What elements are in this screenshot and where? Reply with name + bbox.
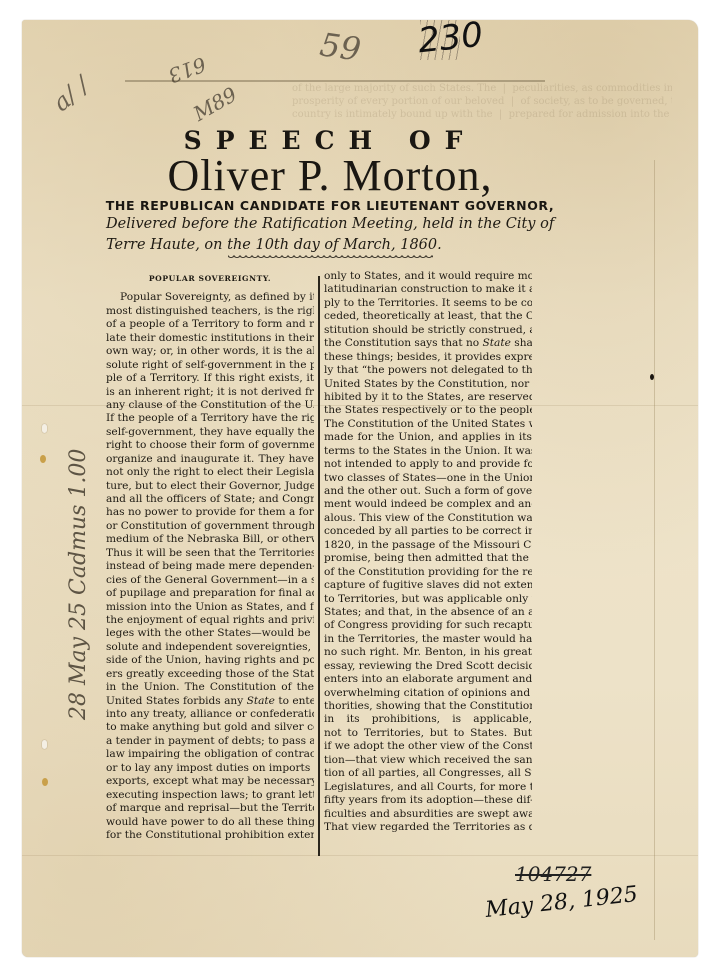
text-line: tion—that view which received the sanc- [324,754,532,767]
text-line: ly that “the powers not delegated to the [324,364,532,377]
accession-number: 104727 [515,862,591,886]
text-line: law impairing the obligation of contract… [106,748,314,761]
text-line: conceded by all parties to be correct in [324,525,532,538]
text-line: if we adopt the other view of the Consti… [324,740,532,753]
text-line: of a people of a Territory to form and r… [106,318,314,331]
stain-spot [42,778,48,786]
text-line: enters into an elaborate argument and [324,673,532,686]
text-line: would have power to do all these things, [106,816,314,829]
text-line: essay, reviewing the Dred Scott decision… [324,660,532,673]
ink-dot [650,374,654,380]
text-line: medium of the Nebraska Bill, or otherwis… [106,533,314,546]
text-line: instead of being made mere dependen- [106,560,314,573]
text-line: of marque and reprisal—but the Territori… [106,802,314,815]
text-line: exports, except what may be necessary fo… [106,775,314,788]
text-line: two classes of States—one in the Union [324,472,532,485]
text-line: solute right of self-government in the p… [106,359,314,372]
text-line: in the Union. The Constitution of the [106,681,314,694]
text-line: a tender in payment of debts; to pass an… [106,735,314,748]
text-line: or Constitution of government through th… [106,520,314,533]
text-line: solute and independent sovereignties, ou… [106,641,314,654]
text-line: overwhelming citation of opinions and au… [324,687,532,700]
right-column-text: only to States, and it would require mos… [324,270,532,834]
text-line: of pupilage and preparation for final ad… [106,587,314,600]
text-line: or to lay any impost duties on imports o… [106,762,314,775]
text-line: ture, but to elect their Governor, Judge… [106,480,314,493]
text-line: the States respectively or to the people… [324,404,532,417]
right-column: only to States, and it would require mos… [324,270,532,834]
text-line: in the Territories, the master would hav… [324,633,532,646]
text-line: late their domestic institutions in thei… [106,332,314,345]
text-line: ply to the Territories. It seems to be c… [324,297,532,310]
text-line: for the Constitutional prohibition exten… [106,829,314,842]
text-line: the Constitution says that no State shal… [324,337,532,350]
text-line: not intended to apply to and provide for [324,458,532,471]
text-line: in its prohibitions, is applicable, [324,713,532,726]
text-line: to Territories, but was applicable only … [324,593,532,606]
text-line: stitution should be strictly construed, … [324,324,532,337]
text-line: not to Territories, but to States. But [324,727,532,740]
text-line: ficulties and absurdities are swept away… [324,808,532,821]
text-line: United States by the Constitution, nor p… [324,378,532,391]
text-line: If the people of a Territory have the ri… [106,412,314,425]
pencil-number: 59 [318,25,364,68]
text-line: Popular Sovereignty, as defined by its [106,291,314,304]
fold-crease-vertical [654,160,655,940]
text-line: latitudinarian construction to make it a… [324,283,532,296]
text-line: and the other out. Such a form of govern… [324,485,532,498]
column-divider [318,276,320,856]
text-line: hibited by it to the States, are reserve… [324,391,532,404]
text-line: ceded, theoretically at least, that the … [324,310,532,323]
text-line: Thus it will be seen that the Territorie… [106,547,314,560]
stain-spot [40,455,46,463]
margin-handwritten-note: 28 May 25 Cadmus 1.00 [66,449,91,720]
text-line: into any treaty, alliance or confederati… [106,708,314,721]
text-line: thorities, showing that the Constitution… [324,700,532,713]
text-line: tion of all parties, all Congresses, all… [324,767,532,780]
text-line: Legislatures, and all Courts, for more t… [324,781,532,794]
text-line: the enjoyment of equal rights and privi- [106,614,314,627]
text-line: capture of fugitive slaves did not exten… [324,579,532,592]
text-line: right to choose their form of government… [106,439,314,452]
text-line: is an inherent right; it is not derived … [106,386,314,399]
text-line: side of the Union, having rights and pow… [106,654,314,667]
text-line: organize and inaugurate it. They have [106,453,314,466]
text-line: to make anything but gold and silver coi… [106,721,314,734]
bleed-through-text: of the large majority of such States. Th… [292,82,672,122]
text-line: terms to the States in the Union. It was [324,445,532,458]
text-line: made for the Union, and applies in its [324,431,532,444]
text-line: ers greatly exceeding those of the State… [106,668,314,681]
text-line: self-government, they have equally the [106,426,314,439]
text-line: ple of a Territory. If this right exists… [106,372,314,385]
delivered-line: Delivered before the Ratification Meetin… [106,214,556,256]
left-column: POPULAR SOVEREIGNTY. Popular Sovereignty… [106,270,314,842]
text-line: leges with the other States—would be ab- [106,627,314,640]
text-line: United States forbids any State to enter [106,695,314,708]
pin-hole [42,424,47,433]
text-line: any clause of the Constitution of the U.… [106,399,314,412]
text-line: no such right. Mr. Benton, in his great [324,646,532,659]
title-speaker-name: Oliver P. Morton, [100,150,560,201]
text-line: has no power to provide for them a form [106,506,314,519]
text-line: promise, being then admitted that the cl… [324,552,532,565]
left-column-text: Popular Sovereignty, as defined by itsmo… [106,291,314,842]
top-rule [125,80,545,82]
subtitle-candidate: THE REPUBLICAN CANDIDATE FOR LIEUTENANT … [100,198,560,213]
text-line: The Constitution of the United States wa… [324,418,532,431]
text-line: these things; besides, it provides expre… [324,351,532,364]
text-line: States; and that, in the absence of an a… [324,606,532,619]
text-line: most distinguished teachers, is the righ… [106,305,314,318]
text-line: executing inspection laws; to grant lett… [106,789,314,802]
handwritten-page-number: 230 [416,15,485,62]
text-line: ment would indeed be complex and anom- [324,498,532,511]
text-line: mission into the Union as States, and fo… [106,601,314,614]
wavy-rule [228,254,433,262]
text-line: and all the officers of State; and Congr… [106,493,314,506]
text-line: fifty years from its adoption—these dif- [324,794,532,807]
text-line: own way; or, in other words, it is the a… [106,345,314,358]
text-line: only to States, and it would require mos… [324,270,532,283]
text-line: cies of the General Government—in a stat… [106,574,314,587]
text-line: 1820, in the passage of the Missouri Com… [324,539,532,552]
text-line: That view regarded the Territories as de… [324,821,532,834]
text-line: of the Constitution providing for the re… [324,566,532,579]
text-line: of Congress providing for such recapture [324,619,532,632]
pin-hole [42,740,47,749]
text-line: not only the right to elect their Legisl… [106,466,314,479]
fold-crease-horizontal [22,855,698,856]
text-line: alous. This view of the Constitution was [324,512,532,525]
section-heading: POPULAR SOVEREIGNTY. [106,272,314,285]
